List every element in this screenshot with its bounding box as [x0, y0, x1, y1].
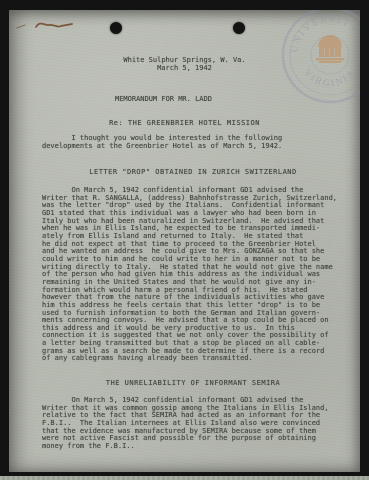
section-heading-informant-unreliability: THE UNRELIABILITY OF INFORMANT SEMIRA	[42, 380, 344, 388]
text-line: of any cablegrams having already been tr…	[42, 355, 344, 363]
section-heading-letter-drop: LETTER "DROP" OBTAINED IN ZURICH SWITZER…	[42, 169, 344, 177]
intro-paragraph: I thought you would be interested in the…	[42, 135, 344, 150]
next-page-edge	[0, 476, 369, 480]
pencil-scribble-icon	[14, 16, 80, 40]
text-line: developments at the Greenbrier Hotel as …	[42, 143, 344, 151]
hole-punch-left	[110, 22, 122, 34]
subject-line: Re: THE GREENBRIER HOTEL MISSION	[33, 120, 336, 128]
memo-page: UNIVERSITY OF VIRGINIA White Sulphur Spr…	[9, 10, 360, 472]
section-body-informant-unreliability: On March 5, 1942 confidential informant …	[42, 397, 344, 451]
memo-title: MEMORANDUM FOR MR. LADD	[115, 96, 212, 104]
dateline-date: March 5, 1942	[33, 65, 336, 73]
section-body-letter-drop: On March 5, 1942 confidential informant …	[42, 187, 344, 363]
dateline: White Sulphur Springs, W. Va. March 5, 1…	[33, 57, 336, 72]
text-line: money from the F.B.I..	[42, 443, 344, 451]
hole-punch-right	[233, 22, 245, 34]
photographed-document-backdrop: { "theme": { "backdrop": "#131313", "pap…	[0, 0, 369, 480]
